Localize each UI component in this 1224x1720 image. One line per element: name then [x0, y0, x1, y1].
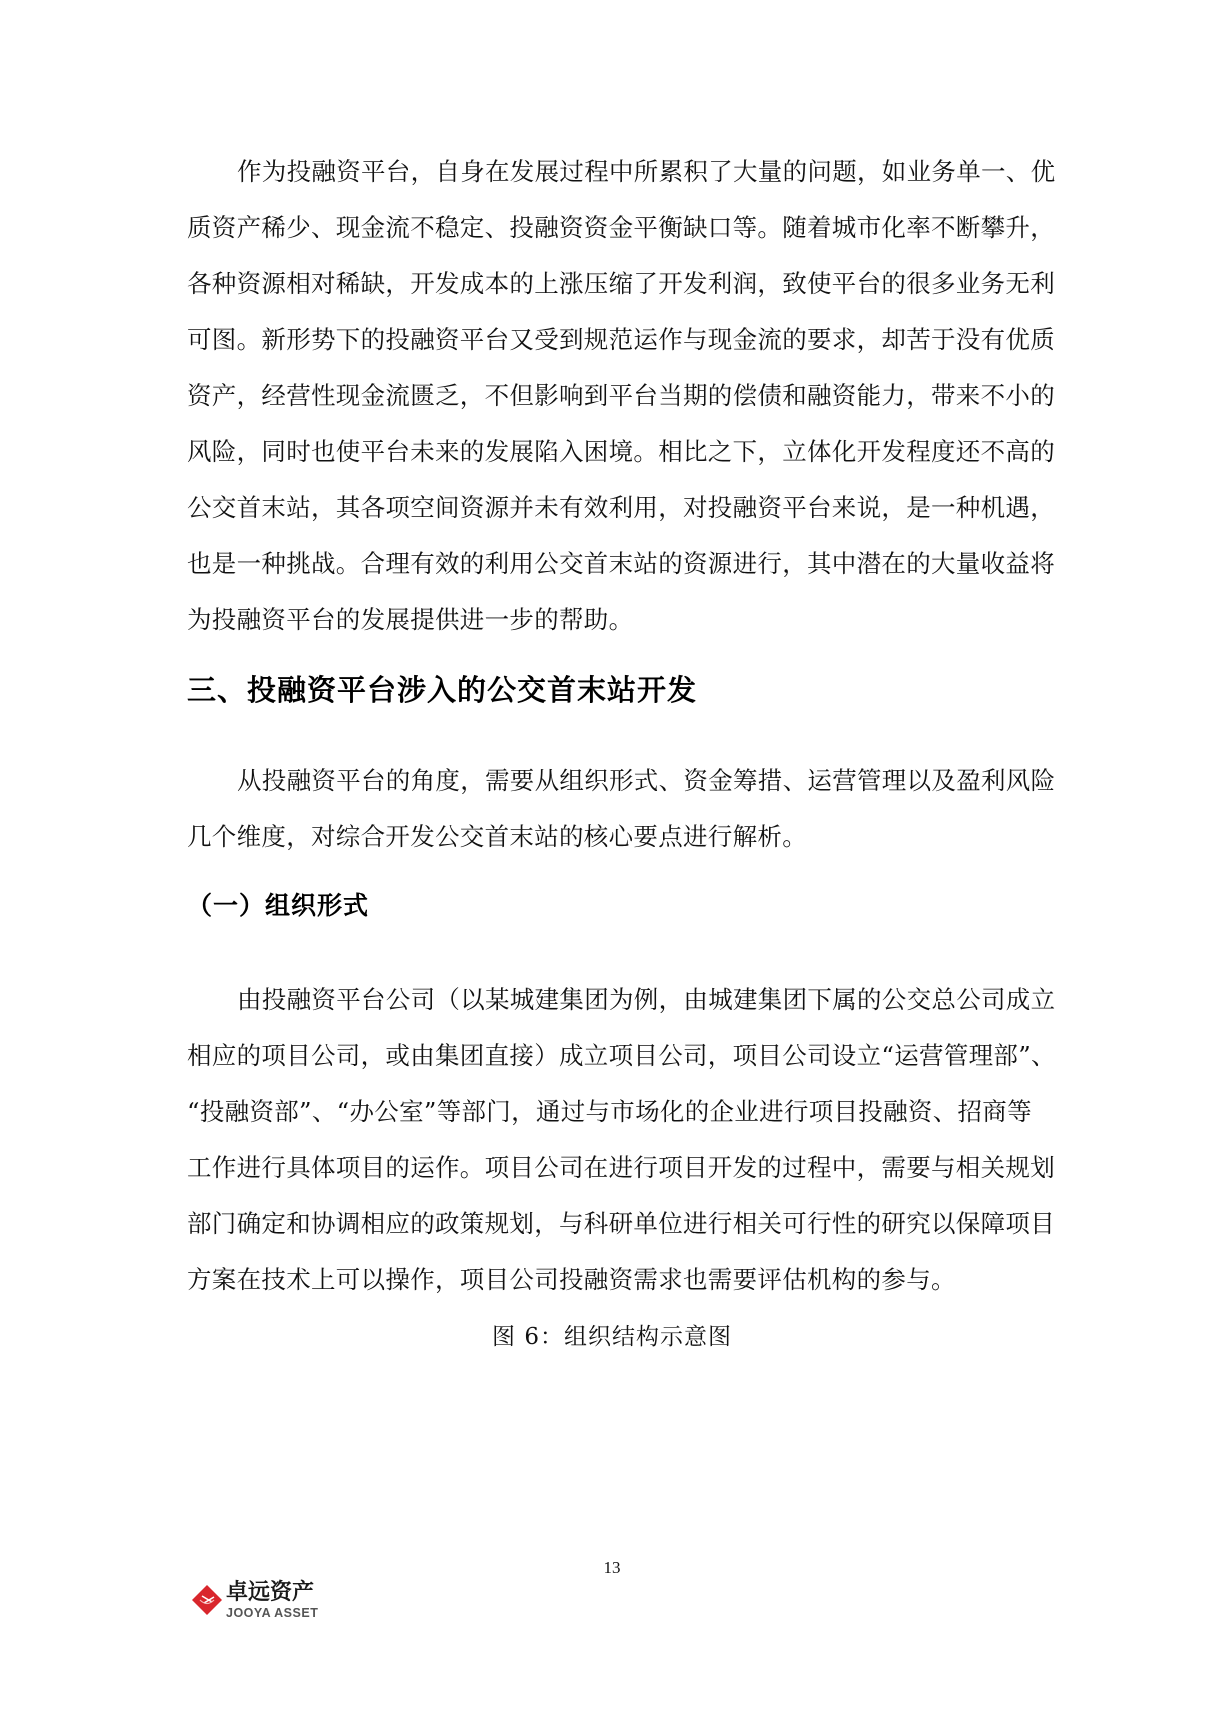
document-page: 作为投融资平台，自身在发展过程中所累积了大量的问题，如业务单一、优 质资产稀少、… [0, 0, 1224, 1720]
logo-diamond-icon [190, 1583, 224, 1617]
figure-caption: 图 6：组织结构示意图 [0, 1322, 1224, 1352]
logo-english-name: JOOYA ASSET [226, 1606, 318, 1620]
paragraph-line: 可图。新形势下的投融资平台又受到规范运作与现金流的要求，却苦于没有优质 [187, 325, 1047, 355]
paragraph-line: 各种资源相对稀缺，开发成本的上涨压缩了开发利润，致使平台的很多业务无利 [187, 269, 1047, 299]
subsection-heading: （一）组织形式 [187, 890, 369, 922]
paragraph-line: 公交首末站，其各项空间资源并未有效利用，对投融资平台来说，是一种机遇， [187, 493, 1047, 523]
paragraph-line: 也是一种挑战。合理有效的利用公交首末站的资源进行，其中潜在的大量收益将 [187, 549, 1047, 579]
paragraph-line: “投融资部”、“办公室”等部门，通过与市场化的企业进行项目投融资、招商等 [187, 1097, 1047, 1127]
paragraph-line: 相应的项目公司，或由集团直接）成立项目公司，项目公司设立“运营管理部”、 [187, 1041, 1047, 1071]
company-logo: 卓远资产 JOOYA ASSET [188, 1580, 338, 1626]
paragraph-line: 作为投融资平台，自身在发展过程中所累积了大量的问题，如业务单一、优 [237, 157, 1097, 187]
paragraph-line: 为投融资平台的发展提供进一步的帮助。 [187, 605, 1047, 635]
paragraph-line: 方案在技术上可以操作，项目公司投融资需求也需要评估机构的参与。 [187, 1265, 1047, 1295]
page-number: 13 [0, 1558, 1224, 1578]
logo-chinese-name: 卓远资产 [226, 1580, 314, 1606]
paragraph-line: 资产，经营性现金流匮乏，不但影响到平台当期的偿债和融资能力，带来不小的 [187, 381, 1047, 411]
paragraph-line: 部门确定和协调相应的政策规划，与科研单位进行相关可行性的研究以保障项目 [187, 1209, 1047, 1239]
section-heading: 三、投融资平台涉入的公交首末站开发 [187, 672, 697, 708]
paragraph-line: 由投融资平台公司（以某城建集团为例，由城建集团下属的公交总公司成立 [237, 985, 1097, 1015]
paragraph-line: 从投融资平台的角度，需要从组织形式、资金筹措、运营管理以及盈利风险 [237, 766, 1097, 796]
paragraph-line: 几个维度，对综合开发公交首末站的核心要点进行解析。 [187, 822, 1047, 852]
paragraph-line: 质资产稀少、现金流不稳定、投融资资金平衡缺口等。随着城市化率不断攀升， [187, 213, 1047, 243]
paragraph-line: 风险，同时也使平台未来的发展陷入困境。相比之下，立体化开发程度还不高的 [187, 437, 1047, 467]
paragraph-line: 工作进行具体项目的运作。项目公司在进行项目开发的过程中，需要与相关规划 [187, 1153, 1047, 1183]
